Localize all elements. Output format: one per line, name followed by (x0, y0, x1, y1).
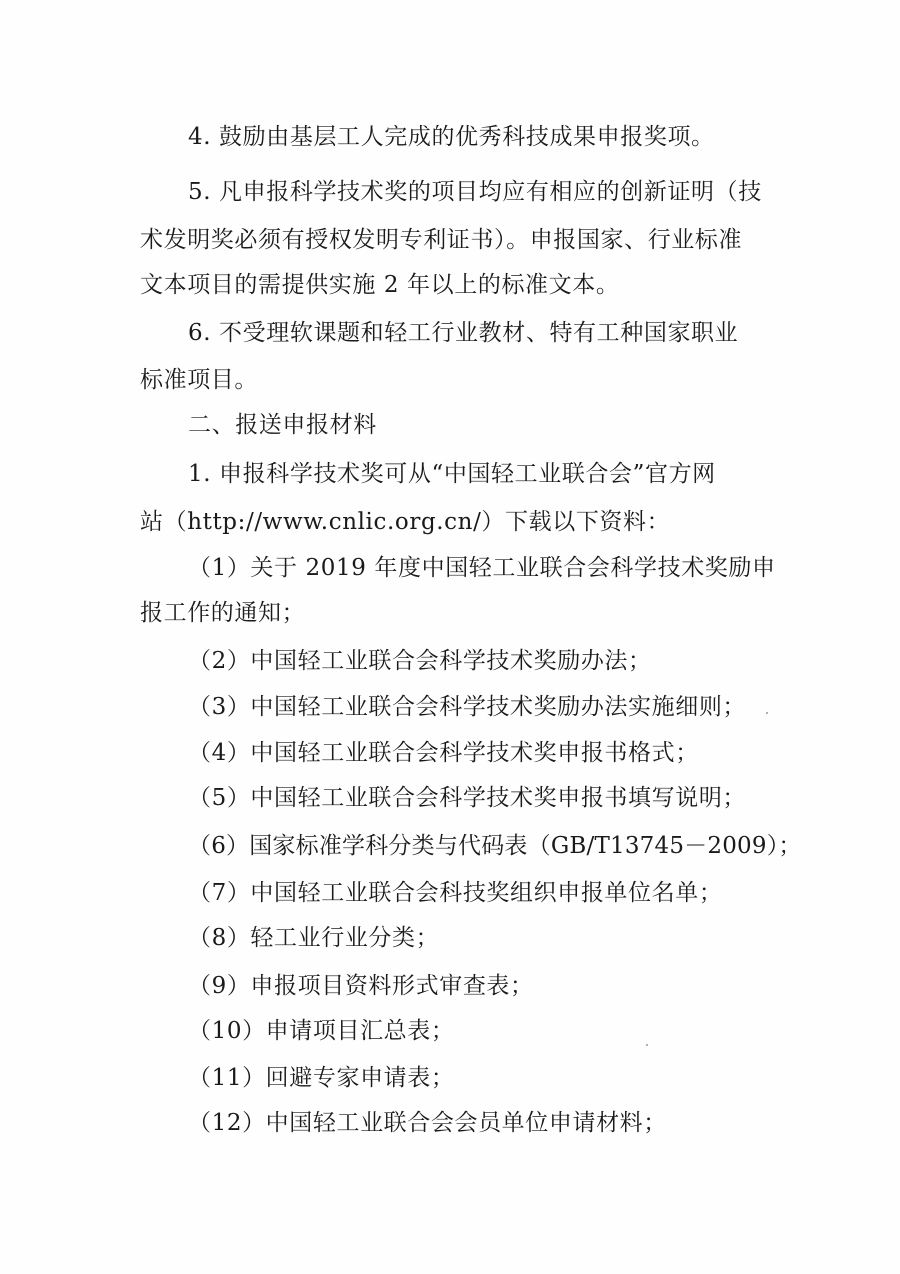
list-item-6: （6）国家标准学科分类与代码表（GB/T13745－2009）； (188, 832, 802, 860)
list-item-11: （11）回避专家申请表； (188, 1064, 454, 1092)
list-item-1-line-2: 报工作的通知； (140, 599, 305, 627)
scanned-page: 4. 鼓励由基层工人完成的优秀科技成果申报奖项。 5. 凡申报科学技术奖的项目均… (0, 0, 900, 1274)
list-item-3: （3）中国轻工业联合会科学技术奖励办法实施细则； (188, 693, 746, 721)
paragraph-sub-1-line-2: 站（http://www.cnlic.org.cn/）下载以下资料： (140, 508, 670, 536)
list-item-1-line-1: （1）关于 2019 年度中国轻工业联合会科学技术奖励申 (188, 554, 776, 582)
list-item-4: （4）中国轻工业联合会科学技术奖申报书格式； (188, 739, 699, 767)
list-item-7: （7）中国轻工业联合会科技奖组织申报单位名单； (188, 879, 722, 907)
list-item-8: （8）轻工业行业分类； (188, 924, 439, 952)
list-item-12: （12）中国轻工业联合会会员单位申请材料； (188, 1109, 667, 1137)
paragraph-item-6-line-1: 6. 不受理软课题和轻工行业教材、特有工种国家职业 (188, 319, 738, 347)
paragraph-item-5-line-2: 术发明奖必须有授权发明专利证书）。申报国家、行业标准 (140, 226, 742, 254)
scan-speck (766, 712, 768, 714)
paragraph-sub-1-line-1: 1. 申报科学技术奖可从“中国轻工业联合会”官方网 (188, 460, 716, 488)
list-item-5: （5）中国轻工业联合会科学技术奖申报书填写说明； (188, 784, 746, 812)
paragraph-item-5-line-3: 文本项目的需提供实施 2 年以上的标准文本。 (140, 271, 619, 299)
paragraph-item-5-line-1: 5. 凡申报科学技术奖的项目均应有相应的创新证明（技 (188, 178, 762, 206)
list-item-9: （9）申报项目资料形式审查表； (188, 972, 534, 1000)
list-item-10: （10）申请项目汇总表； (188, 1017, 454, 1045)
section-heading-2: 二、报送申报材料 (188, 411, 377, 439)
paragraph-item-4: 4. 鼓励由基层工人完成的优秀科技成果申报奖项。 (188, 123, 715, 151)
paragraph-item-6-line-2: 标准项目。 (140, 366, 258, 394)
scan-speck (646, 1044, 648, 1046)
list-item-2: （2）中国轻工业联合会科学技术奖励办法； (188, 647, 652, 675)
